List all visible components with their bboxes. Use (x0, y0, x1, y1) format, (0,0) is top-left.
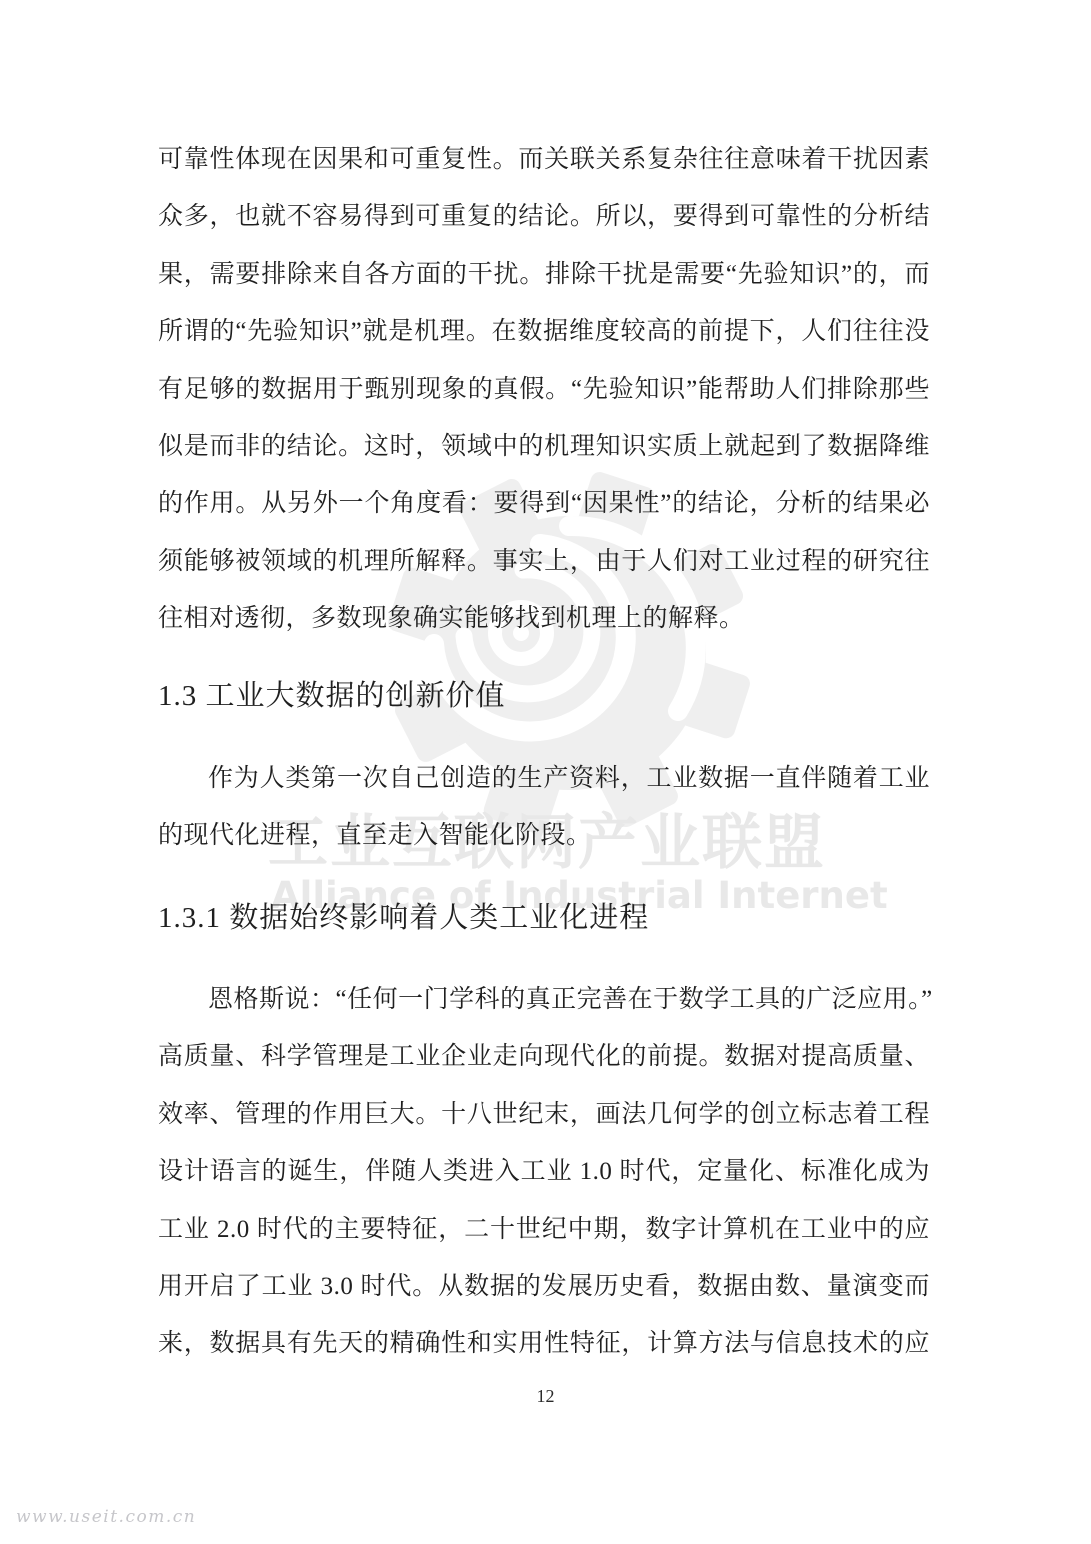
body-line: 工业 2.0 时代的主要特征，二十世纪中期，数字计算机在工业中的应 (158, 1201, 930, 1258)
body-line: 可靠性体现在因果和可重复性。而关联关系复杂往往意味着干扰因素 (158, 131, 930, 188)
page-content: 可靠性体现在因果和可重复性。而关联关系复杂往往意味着干扰因素 众多，也就不容易得… (0, 0, 1091, 1544)
body-line: 恩格斯说：“任何一门学科的真正完善在于数学工具的广泛应用。” (158, 971, 930, 1028)
paragraph-production-material: 作为人类第一次自己创造的生产资料，工业数据一直伴随着工业 的现代化进程，直至走入… (158, 750, 930, 865)
body-line: 众多，也就不容易得到可重复的结论。所以，要得到可靠性的分析结 (158, 188, 930, 245)
body-line: 用开启了工业 3.0 时代。从数据的发展历史看，数据由数、量演变而 (158, 1258, 930, 1315)
body-line: 须能够被领域的机理所解释。事实上，由于人们对工业过程的研究往 (158, 533, 930, 590)
paragraph-engels: 恩格斯说：“任何一门学科的真正完善在于数学工具的广泛应用。” 高质量、科学管理是… (158, 971, 930, 1373)
body-line: 作为人类第一次自己创造的生产资料，工业数据一直伴随着工业 (158, 750, 930, 807)
body-line: 似是而非的结论。这时，领域中的机理知识实质上就起到了数据降维 (158, 418, 930, 475)
body-line: 往相对透彻，多数现象确实能够找到机理上的解释。 (158, 590, 930, 647)
paragraph-reliability: 可靠性体现在因果和可重复性。而关联关系复杂往往意味着干扰因素 众多，也就不容易得… (158, 131, 930, 648)
body-line: 的作用。从另外一个角度看：要得到“因果性”的结论，分析的结果必 (158, 475, 930, 532)
body-line: 来，数据具有先天的精确性和实用性特征，计算方法与信息技术的应 (158, 1315, 930, 1372)
subsection-heading-1-3-1: 1.3.1 数据始终影响着人类工业化进程 (158, 898, 958, 938)
body-line: 设计语言的诞生，伴随人类进入工业 1.0 时代，定量化、标准化成为 (158, 1143, 930, 1200)
body-line: 果，需要排除来自各方面的干扰。排除干扰是需要“先验知识”的，而 (158, 246, 930, 303)
body-line: 高质量、科学管理是工业企业走向现代化的前提。数据对提高质量、 (158, 1028, 930, 1085)
page-number: 12 (0, 1384, 1091, 1408)
document-page: 工业互联网产业联盟 Alliance of Industrial Interne… (0, 0, 1091, 1544)
body-line: 的现代化进程，直至走入智能化阶段。 (158, 807, 930, 864)
body-line: 有足够的数据用于甄别现象的真假。“先验知识”能帮助人们排除那些 (158, 361, 930, 418)
body-line: 所谓的“先验知识”就是机理。在数据维度较高的前提下，人们往往没 (158, 303, 930, 360)
site-watermark: www.useit.com.cn (16, 1507, 196, 1527)
section-heading-1-3: 1.3 工业大数据的创新价值 (158, 676, 958, 716)
body-line: 效率、管理的作用巨大。十八世纪末，画法几何学的创立标志着工程 (158, 1086, 930, 1143)
